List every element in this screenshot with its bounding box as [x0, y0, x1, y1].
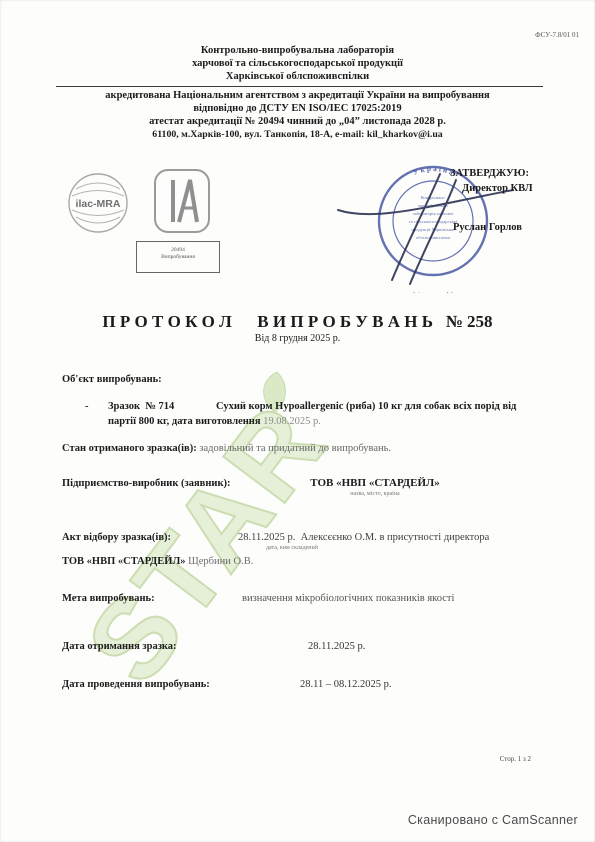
act-label: Акт відбору зразка(ів): [62, 532, 171, 543]
accreditation-line1: акредитована Національним агентством з а… [0, 89, 595, 102]
purpose-value: визначення мікробіологічних показників я… [242, 593, 454, 604]
act-company: ТОВ «НВП «СТАРДЕЙЛ» [62, 556, 188, 567]
accreditation-number-box: 20494 Випробування [136, 241, 220, 273]
sample-bullet: - [85, 401, 89, 412]
cert-caption: Випробування [137, 254, 219, 261]
date-received-label: Дата отримання зразка: [62, 641, 177, 652]
accreditation-line2: відповідно до ДСТУ EN ISO/IEC 17025:2019 [0, 102, 595, 115]
date-conducted-value: 28.11 – 08.12.2025 р. [300, 679, 392, 690]
header-divider [56, 86, 543, 87]
naau-logo [149, 166, 215, 236]
ilac-mra-logo: ilac-MRA [66, 171, 130, 235]
manufacturer-caption: назва, місто, країна [300, 491, 450, 497]
sample-description-line2: партії 800 кг, дата виготовлення 19.08.2… [108, 416, 321, 427]
act-value-line2: ТОВ «НВП «СТАРДЕЙЛ» Щербини О.В. [62, 556, 253, 567]
condition-value: задовільний та придатний до випробувань. [199, 443, 391, 454]
director-title: Директор КВЛ [462, 183, 533, 194]
sample-manufacture-date: 19.08.2025 р. [263, 416, 321, 427]
date-received-value: 28.11.2025 р. [308, 641, 365, 652]
condition-line: Стан отриманого зразка(ів): задовільний … [62, 443, 391, 454]
object-label: Об'єкт випробувань: [62, 374, 162, 385]
scanned-document-page: STAR ФСУ-7.8/01 01 Контрольно-випробувал… [0, 0, 595, 842]
date-conducted-label: Дата проведення випробувань: [62, 679, 210, 690]
ilac-mra-label: ilac-MRA [76, 198, 121, 210]
org-name-line1: Контрольно-випробувальна лабораторія [0, 44, 595, 57]
director-name: Руслан Горлов [453, 222, 522, 233]
condition-label: Стан отриманого зразка(ів): [62, 443, 199, 454]
act-value: 28.11.2025 р. Алексєєнко О.М. в присутно… [238, 532, 489, 543]
sample-description-text: партії 800 кг, дата виготовлення [108, 416, 263, 427]
lab-address: 61100, м.Харків-100, вул. Танкопія, 18-А… [0, 128, 595, 141]
act-person: Щербини О.В. [188, 556, 253, 567]
manufacturer-label: Підприємство-виробник (заявник): [62, 478, 230, 489]
approve-heading: ЗАТВЕРДЖУЮ: [450, 168, 529, 179]
sample-id: Зразок № 714 [108, 401, 174, 412]
protocol-date: Від 8 грудня 2025 р. [0, 333, 595, 344]
org-name-line2: харчової та сільськогосподарської продук… [0, 57, 595, 70]
protocol-title: П Р О Т О К О Л В И П Р О Б У В А Н Ь № … [0, 312, 595, 332]
camscanner-note: Сканировано с CamScanner [408, 813, 578, 827]
letterhead: Контрольно-випробувальна лабораторія хар… [0, 44, 595, 141]
act-caption: дата, ким складений [266, 545, 318, 551]
page-number: Стор. 1 з 2 [500, 755, 531, 763]
cert-number: 20494 [137, 247, 219, 254]
purpose-label: Мета випробувань: [62, 593, 155, 604]
form-code: ФСУ-7.8/01 01 [535, 31, 579, 39]
manufacturer-name: ТОВ «НВП «СТАРДЕЙЛ» [300, 477, 450, 489]
org-name-line3: Харківської облспоживспілки [0, 70, 595, 83]
accreditation-line3: атестат акредитації № 20494 чинний до „0… [0, 115, 595, 128]
sample-description-line1: Сухий корм Hypoallergenic (риба) 10 кг д… [216, 401, 516, 412]
